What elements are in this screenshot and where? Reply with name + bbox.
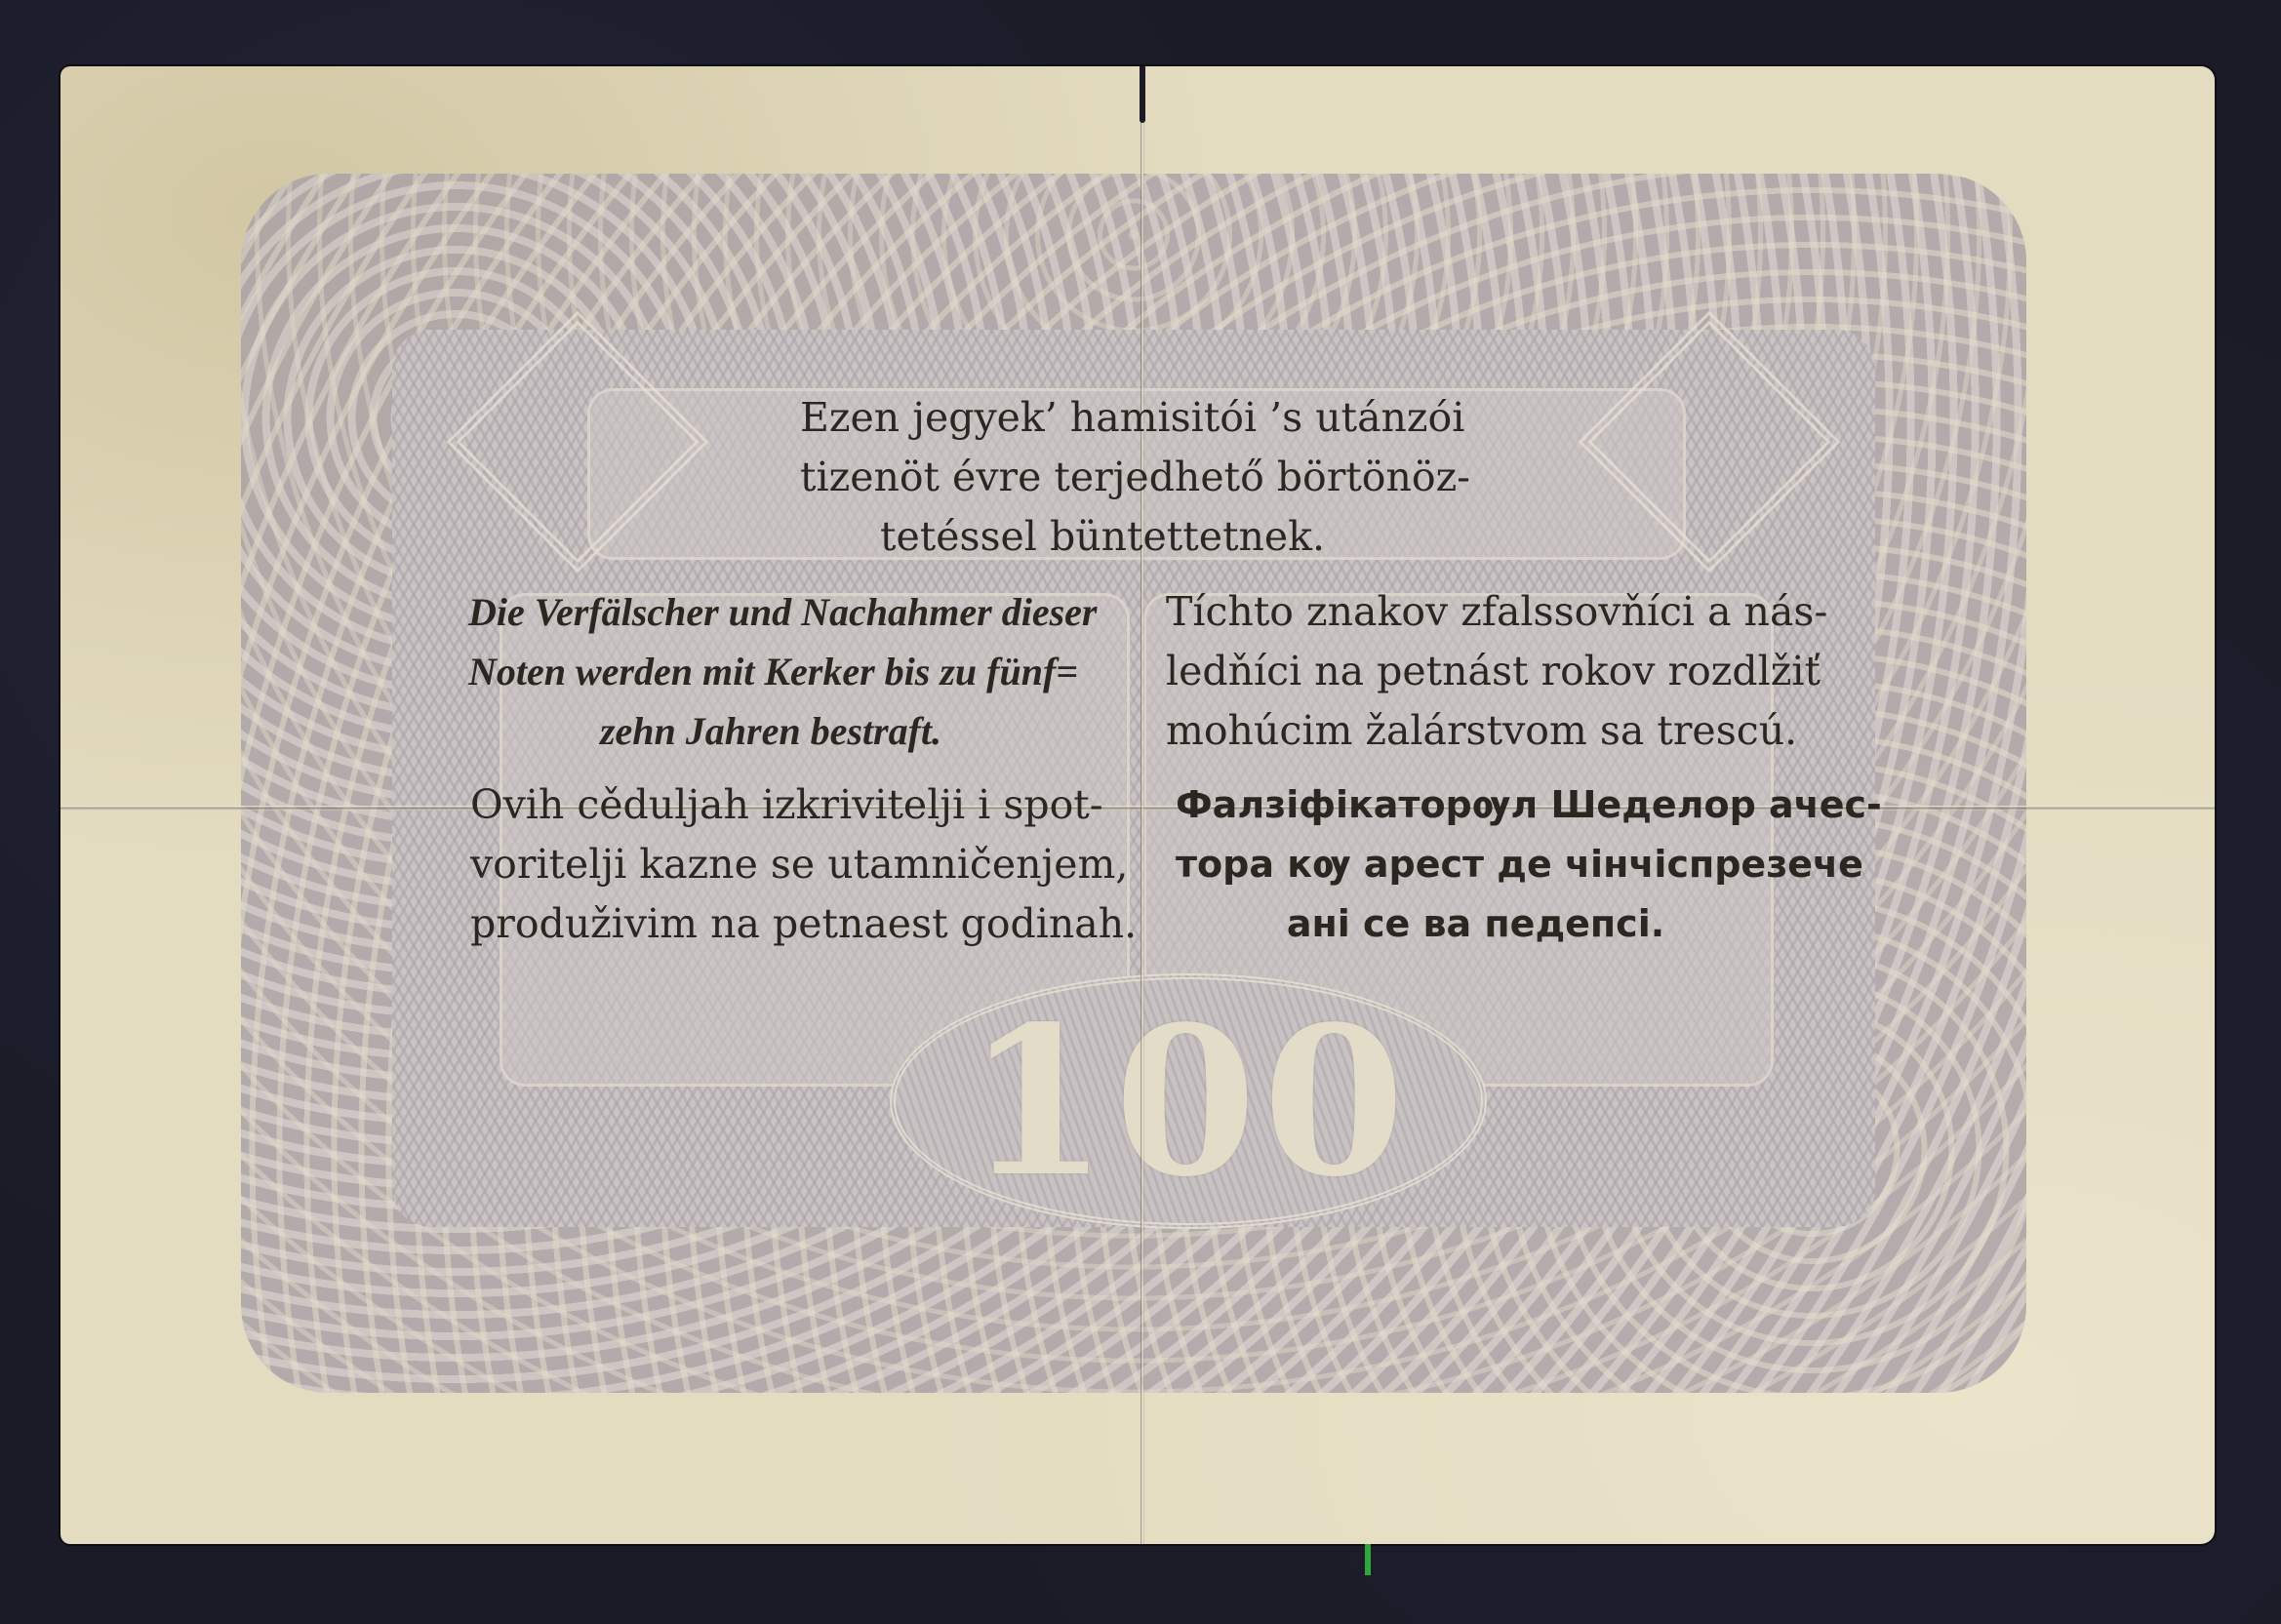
warning-croatian: Ovih cěduljah izkrivitelji i spot- vorit… xyxy=(470,775,1070,954)
warning-german: Die Verfälscher und Nachahmer dieser Not… xyxy=(468,582,1073,761)
warning-line: Фалзіфікаторѹл Шеделор ачес- xyxy=(1176,775,1776,835)
warning-line: zehn Jahren bestraft. xyxy=(468,701,1073,761)
warning-line: voritelji kazne se utamničenjem, xyxy=(470,835,1070,894)
warning-romanian-cyrillic: Фалзіфікаторѹл Шеделор ачес- тора кѹ аре… xyxy=(1176,775,1776,954)
denomination-numeral: 100 xyxy=(896,979,1481,1223)
banknote: 100 xyxy=(60,66,2215,1544)
vertical-fold xyxy=(1140,66,1144,1544)
warning-line: produživim na petnaest godinah. xyxy=(470,894,1070,954)
warning-hungarian: Ezen jegyek’ hamisitói ’s utánzói tizenö… xyxy=(800,388,1405,567)
warning-line: Die Verfälscher und Nachahmer dieser xyxy=(468,582,1073,642)
warning-line: Ezen jegyek’ hamisitói ’s utánzói xyxy=(800,388,1405,448)
edge-tear xyxy=(1140,66,1145,123)
warning-line: тора кѹ арест де чінчіспрезече xyxy=(1176,835,1776,894)
scan-artifact-mark xyxy=(1365,1544,1371,1575)
warning-line: ledňíci na petnást rokov rozdlžiť xyxy=(1166,642,1781,701)
warning-line: Ovih cěduljah izkrivitelji i spot- xyxy=(470,775,1070,835)
warning-line: ані се ва педепсі. xyxy=(1176,894,1776,954)
warning-line: Noten werden mit Kerker bis zu fünf= xyxy=(468,642,1073,701)
warning-line: Tíchto znakov zfalssovňíci a nás- xyxy=(1166,582,1781,642)
horizontal-fold xyxy=(60,806,2215,811)
warning-line: mohúcim žalárstvom sa trescú. xyxy=(1166,701,1781,761)
warning-slovak: Tíchto znakov zfalssovňíci a nás- ledňíc… xyxy=(1166,582,1781,761)
warning-line: tizenöt évre terjedhető börtönöz- xyxy=(800,448,1405,507)
warning-line: tetéssel büntettetnek. xyxy=(800,507,1405,567)
denomination-oval: 100 xyxy=(890,973,1487,1229)
